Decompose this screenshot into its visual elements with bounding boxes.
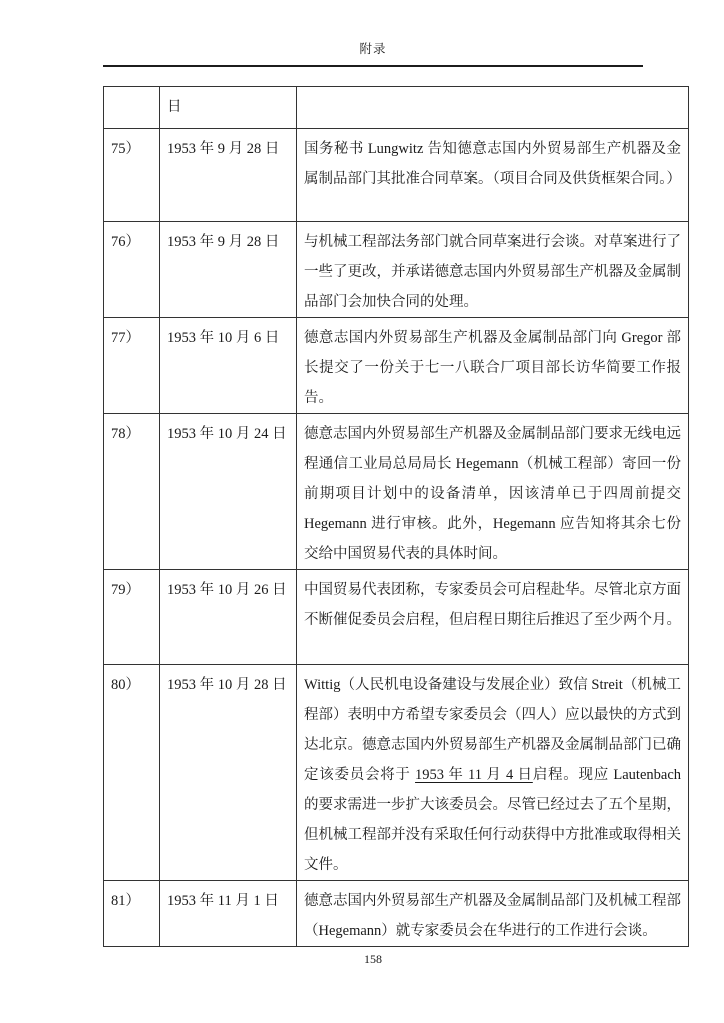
row-number-cell: 78）: [104, 414, 160, 570]
row-content-cell: 德意志国内外贸易部生产机器及金属制品部门及机械工程部（Hegemann）就专家委…: [297, 881, 689, 947]
page-number: 158: [364, 952, 382, 966]
table-row: 79）1953 年 10 月 26 日中国贸易代表团称，专家委员会可启程赴华。尽…: [104, 570, 689, 665]
row-number-cell: 80）: [104, 665, 160, 881]
row-content-cell: 中国贸易代表团称，专家委员会可启程赴华。尽管北京方面不断催促委员会启程，但启程日…: [297, 570, 689, 665]
row-date-cell: 日: [160, 87, 297, 129]
table-row: 76）1953 年 9 月 28 日与机械工程部法务部门就合同草案进行会谈。对草…: [104, 222, 689, 318]
row-number-cell: 79）: [104, 570, 160, 665]
table-row: 80）1953 年 10 月 28 日Wittig（人民机电设备建设与发展企业）…: [104, 665, 689, 881]
underlined-date: 1953 年 11 月 4 日: [415, 767, 533, 783]
table-row: 77）1953 年 10 月 6 日德意志国内外贸易部生产机器及金属制品部门向 …: [104, 318, 689, 414]
row-date-cell: 1953 年 9 月 28 日: [160, 222, 297, 318]
row-number-cell: [104, 87, 160, 129]
row-number-cell: 77）: [104, 318, 160, 414]
row-date-cell: 1953 年 10 月 6 日: [160, 318, 297, 414]
row-date-cell: 1953 年 10 月 26 日: [160, 570, 297, 665]
row-content-cell: 德意志国内外贸易部生产机器及金属制品部门向 Gregor 部长提交了一份关于七一…: [297, 318, 689, 414]
document-page: 附录 日75）1953 年 9 月 28 日国务秘书 Lungwitz 告知德意…: [0, 0, 724, 1023]
table-row: 75）1953 年 9 月 28 日国务秘书 Lungwitz 告知德意志国内外…: [104, 129, 689, 222]
page-header: 附录: [103, 0, 643, 67]
row-date-cell: 1953 年 9 月 28 日: [160, 129, 297, 222]
row-number-cell: 76）: [104, 222, 160, 318]
page-title: 附录: [103, 40, 643, 67]
row-date-cell: 1953 年 11 月 1 日: [160, 881, 297, 947]
row-number-cell: 75）: [104, 129, 160, 222]
table-body: 日75）1953 年 9 月 28 日国务秘书 Lungwitz 告知德意志国内…: [104, 87, 689, 947]
table-row: 日: [104, 87, 689, 129]
table-row: 78）1953 年 10 月 24 日德意志国内外贸易部生产机器及金属制品部门要…: [104, 414, 689, 570]
row-number-cell: 81）: [104, 881, 160, 947]
row-content-cell: [297, 87, 689, 129]
row-content-cell: 与机械工程部法务部门就合同草案进行会谈。对草案进行了一些了更改，并承诺德意志国内…: [297, 222, 689, 318]
row-content-cell: 德意志国内外贸易部生产机器及金属制品部门要求无线电远程通信工业局总局局长 Heg…: [297, 414, 689, 570]
appendix-table: 日75）1953 年 9 月 28 日国务秘书 Lungwitz 告知德意志国内…: [103, 86, 689, 947]
row-content-cell: Wittig（人民机电设备建设与发展企业）致信 Streit（机械工程部）表明中…: [297, 665, 689, 881]
row-content-cell: 国务秘书 Lungwitz 告知德意志国内外贸易部生产机器及金属制品部门其批准合…: [297, 129, 689, 222]
row-date-cell: 1953 年 10 月 28 日: [160, 665, 297, 881]
table-row: 81）1953 年 11 月 1 日德意志国内外贸易部生产机器及金属制品部门及机…: [104, 881, 689, 947]
row-date-cell: 1953 年 10 月 24 日: [160, 414, 297, 570]
page-footer: 158: [103, 951, 643, 967]
